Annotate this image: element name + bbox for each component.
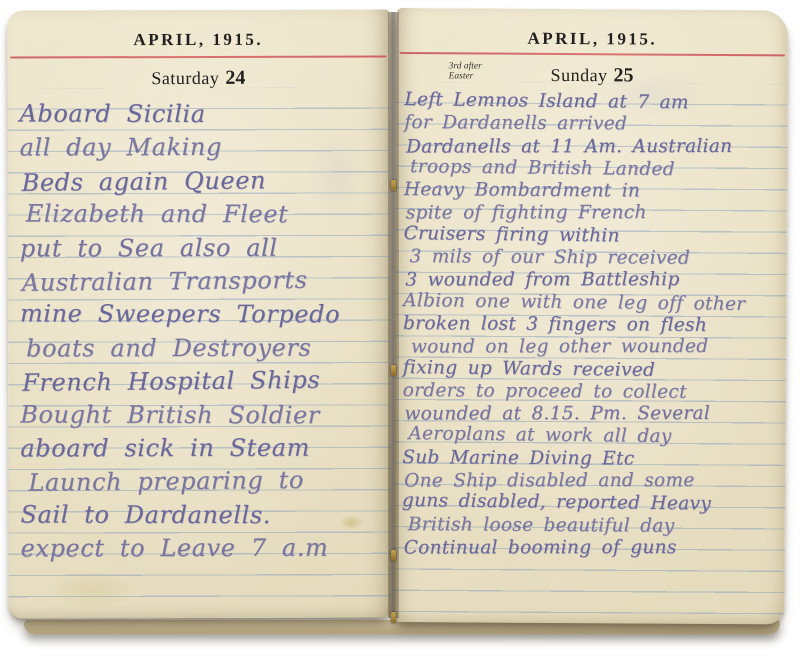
red-rule-left <box>10 56 386 59</box>
day-number-left: 24 <box>225 67 245 89</box>
diary-entry-left: Aboard Sicilia all day Making Beds again… <box>19 98 382 566</box>
diary-entry-right: Left Lemnos Island at 7 am for Dardanell… <box>402 90 784 561</box>
diary-entry-line: wounded at 8.15. Pm. Several <box>405 403 784 426</box>
month-header-left: APRIL, 1915. <box>7 30 389 51</box>
diary-entry-line: broken lost 3 fingers on flesh <box>403 313 782 338</box>
diary-entry-line: Launch preparing to <box>22 463 384 500</box>
diary-entry-line: guns disabled, reported Heavy <box>402 490 781 517</box>
diary-photo: APRIL, 1915. Saturday24 Aboard Sicilia a… <box>0 0 800 656</box>
diary-entry-line: Heavy Bombardment in <box>404 179 783 204</box>
diary-entry-line: Bought British Soldier <box>20 398 382 432</box>
binding-staple <box>391 180 396 191</box>
month-header-right: APRIL, 1915. <box>397 28 788 50</box>
diary-entry-line: Dardanells at 11 Am. Australian <box>406 135 785 158</box>
diary-entry-line: Sub Marine Diving Etc <box>402 447 781 472</box>
diary-entry-line: Beds again Queen <box>21 163 383 200</box>
diary-entry-line: wound on leg other wounded <box>405 336 784 359</box>
diary-entry-line: Elizabeth and Fleet <box>20 198 382 232</box>
binding-gutter <box>388 12 399 618</box>
diary-entry-line: British loose beautiful day <box>402 514 781 539</box>
diary-entry-line: Continual booming of guns <box>404 537 783 560</box>
diary-entry-line: mine Sweepers Torpedo <box>20 298 382 332</box>
diary-entry-line: Sail to Dardanells. <box>20 498 382 532</box>
binding-staple <box>391 612 396 623</box>
day-name-left: Saturday <box>151 68 219 88</box>
diary-entry-line: expect to Leave 7 a.m <box>21 532 383 566</box>
diary-entry-line: troops and British Landed <box>404 156 783 183</box>
diary-entry-line: Cruisers firing within <box>403 223 782 250</box>
diary-entry-line: orders to proceed to collect <box>403 380 782 405</box>
diary-entry-line: spite of fighting French <box>406 202 785 225</box>
diary-entry-line: Australian Transports <box>22 263 384 300</box>
binding-staple <box>391 365 396 376</box>
red-rule-right <box>400 52 785 56</box>
diary-entry-line: fixing up Wards received <box>403 357 782 384</box>
binding-staple <box>391 550 396 561</box>
diary-entry-line: all day Making <box>20 131 382 165</box>
diary-entry-line: 3 mils of our Ship received <box>403 246 782 271</box>
diary-entry-line: One Ship disabled and some <box>404 470 783 493</box>
diary-entry-line: for Dardanells arrived <box>404 112 783 137</box>
diary-entry-line: aboard sick in Steam <box>20 431 382 465</box>
diary-entry-line: Aboard Sicilia <box>19 98 381 132</box>
diary-entry-line: Albion one with one leg off other <box>403 290 782 317</box>
diary-entry-line: French Hospital Ships <box>22 363 384 400</box>
diary-entry-line: 3 wounded from Battleship <box>405 269 784 292</box>
day-name-right: Sunday <box>551 65 608 85</box>
diary-page-left: APRIL, 1915. Saturday24 Aboard Sicilia a… <box>7 10 391 619</box>
day-heading-right: Sunday25 <box>397 63 788 88</box>
day-heading-left: Saturday24 <box>7 67 389 91</box>
day-number-right: 25 <box>614 64 634 86</box>
paper-stain <box>49 570 139 610</box>
diary-entry-line: put to Sea also all <box>20 231 382 265</box>
diary-entry-line: Aeroplans at work all day <box>402 424 781 451</box>
diary-page-right: APRIL, 1915. 3rd after Easter Sunday25 L… <box>393 8 788 624</box>
diary-entry-line: Left Lemnos Island at 7 am <box>404 89 783 116</box>
diary-entry-line: boats and Destroyers <box>20 331 382 365</box>
